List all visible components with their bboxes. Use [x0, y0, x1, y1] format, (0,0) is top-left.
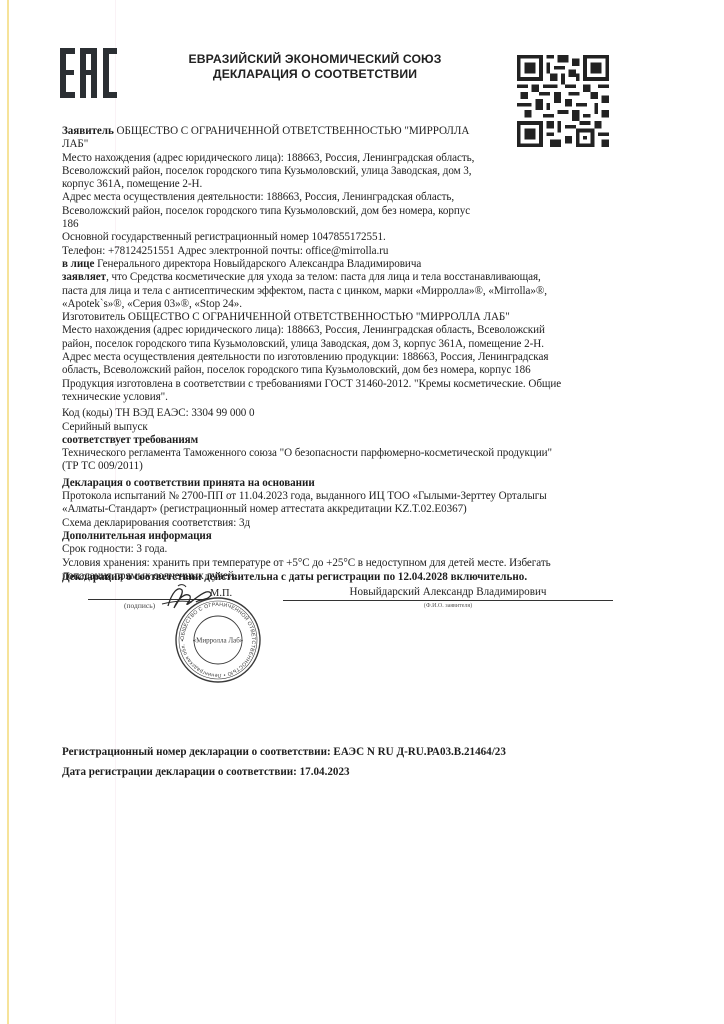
eac-logo-icon — [60, 48, 120, 98]
applicant-activity-address-1: Адрес места осуществления деятельности: … — [62, 191, 622, 204]
basis-line-2: «Алматы-Стандарт» (регистрационный номер… — [62, 503, 622, 516]
applicant-legal-address-3: корпус 361А, помещение 2-Н. — [62, 178, 622, 191]
basis-label: Декларация о соответствии принята на осн… — [62, 477, 622, 490]
basis-line-3: Схема декларирования соответствия: 3д — [62, 517, 622, 530]
validity-statement: Декларация о соответствии действительна … — [62, 571, 527, 583]
applicant-section: Заявитель ОБЩЕСТВО С ОГРАНИЧЕННОЙ ОТВЕТС… — [62, 125, 622, 311]
manufacturer-name: ОБЩЕСТВО С ОГРАНИЧЕННОЙ ОТВЕТСТВЕННОСТЬЮ… — [125, 311, 509, 323]
title-union: ЕВРАЗИЙСКИЙ ЭКОНОМИЧЕСКИЙ СОЮЗ — [160, 52, 470, 67]
release-type: Серийный выпуск — [62, 421, 622, 434]
additional-label: Дополнительная информация — [62, 530, 622, 543]
applicant-contacts: Телефон: +78124251551 Адрес электронной … — [62, 245, 622, 258]
applicant-name: ОБЩЕСТВО С ОГРАНИЧЕННОЙ ОТВЕТСТВЕННОСТЬЮ… — [114, 125, 470, 137]
applicant-label: Заявитель — [62, 125, 114, 137]
handwritten-signature-icon — [148, 582, 228, 612]
product-section: Код (коды) ТН ВЭД ЕАЭС: 3304 99 000 0 Се… — [62, 407, 622, 434]
manufacturer-line-4: область, Всеволожский район, поселок гор… — [62, 364, 622, 377]
applicant-activity-address-2: Всеволожский район, поселок городского т… — [62, 205, 622, 218]
manufacturer-label: Изготовитель — [62, 311, 125, 323]
manufacturer-line-2: район, поселок городского типа Кузьмолов… — [62, 338, 622, 351]
requirements-line-1: Технического регламента Таможенного союз… — [62, 447, 622, 460]
manufacturer-line-3: Адрес места осуществления деятельности п… — [62, 351, 622, 364]
signer-name: Новыйдарский Александр Владимирович — [283, 586, 613, 598]
registration-block: Регистрационный номер декларации о соотв… — [62, 742, 506, 782]
manufacturer-line-6: технические условия". — [62, 391, 622, 404]
basis-section: Декларация о соответствии принята на осн… — [62, 477, 622, 530]
manufacturer-line-5: Продукция изготовлена в соответствии с т… — [62, 378, 622, 391]
declares-text-1: , что Средства косметические для ухода з… — [106, 271, 541, 283]
registration-number: Регистрационный номер декларации о соотв… — [62, 742, 506, 762]
stamp-center-text: «Мирролла Лаб» — [193, 637, 244, 645]
declares-label: заявляет — [62, 271, 106, 283]
manufacturer-section: Изготовитель ОБЩЕСТВО С ОГРАНИЧЕННОЙ ОТВ… — [62, 311, 622, 404]
requirements-line-2: (ТР ТС 009/2011) — [62, 460, 622, 473]
represented-by: Генерального директора Новыйдарского Але… — [94, 258, 421, 270]
basis-line-1: Протокола испытаний № 2700-ПП от 11.04.2… — [62, 490, 622, 503]
tn-ved-code: Код (коды) ТН ВЭД ЕАЭС: 3304 99 000 0 — [62, 407, 622, 420]
signer-caption: (Ф.И.О. заявителя) — [283, 603, 613, 609]
manufacturer-line-1: Место нахождения (адрес юридического лиц… — [62, 324, 622, 337]
storage-conditions-1: Условия хранения: хранить при температур… — [62, 557, 622, 570]
declaration-body: Заявитель ОБЩЕСТВО С ОГРАНИЧЕННОЙ ОТВЕТС… — [62, 125, 622, 583]
applicant-activity-address-3: 186 — [62, 218, 622, 231]
scan-edge-line — [7, 0, 9, 1024]
signer-name-line — [283, 600, 613, 601]
applicant-name-cont: ЛАБ" — [62, 138, 622, 151]
applicant-legal-address-1: Место нахождения (адрес юридического лиц… — [62, 152, 622, 165]
document-title: ЕВРАЗИЙСКИЙ ЭКОНОМИЧЕСКИЙ СОЮЗ ДЕКЛАРАЦИ… — [160, 52, 470, 82]
title-declaration: ДЕКЛАРАЦИЯ О СООТВЕТСТВИИ — [160, 67, 470, 82]
registration-date: Дата регистрации декларации о соответств… — [62, 762, 506, 782]
shelf-life: Срок годности: 3 года. — [62, 543, 622, 556]
declares-text-2: паста для лица и тела с антисептическим … — [62, 285, 622, 298]
requirements-label: соответствует требованиям — [62, 434, 622, 447]
represented-label: в лице — [62, 258, 94, 270]
applicant-legal-address-2: Всеволожский район, поселок городского т… — [62, 165, 622, 178]
requirements-section: соответствует требованиям Технического р… — [62, 434, 622, 474]
applicant-ogrn: Основной государственный регистрационный… — [62, 231, 622, 244]
declares-text-3: «Apotek`s»®, «Серия 03»®, «Stop 24». — [62, 298, 622, 311]
